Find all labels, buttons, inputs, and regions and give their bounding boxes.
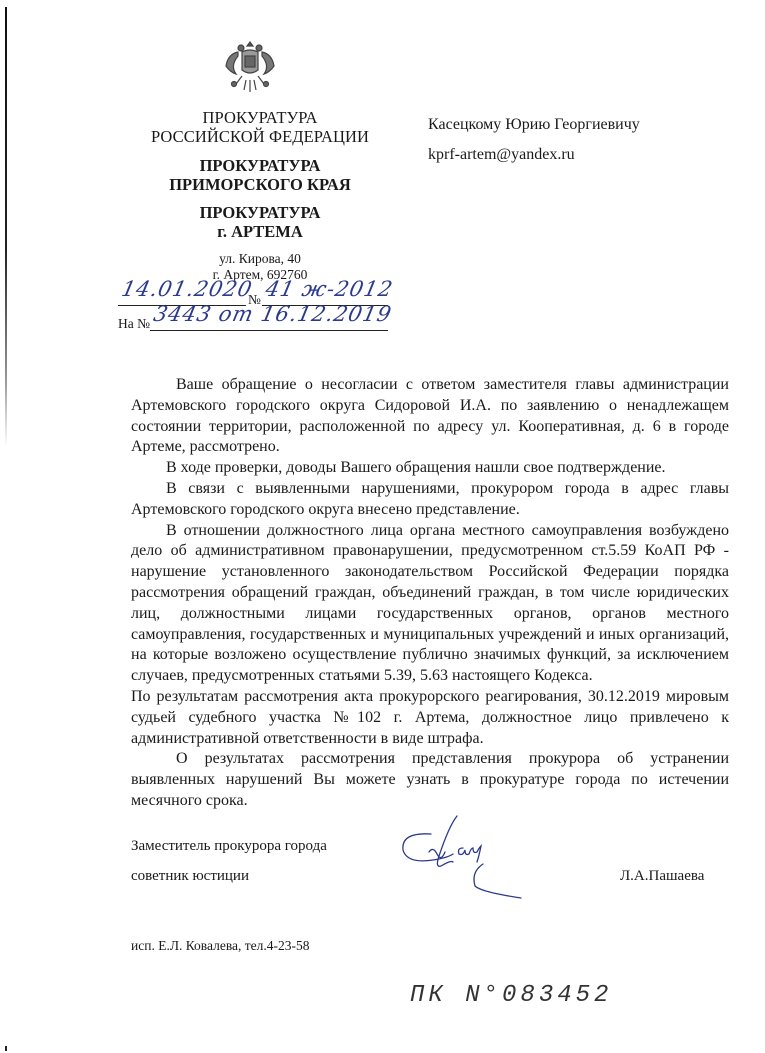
executor-info: исп. Е.Л. Ковалева, тел.4-23-58: [131, 938, 310, 954]
handwritten-date: 14.01.2020: [119, 277, 254, 301]
paragraph-2: В ходе проверки, доводы Вашего обращения…: [131, 458, 729, 479]
scan-edge-line: [5, 7, 7, 447]
form-number-stamp: ПК N°083452: [410, 982, 612, 1009]
org-line-2: РОССИЙСКОЙ ФЕДЕРАЦИИ: [120, 127, 400, 146]
signer-position-line-2: советник юстиции: [131, 868, 249, 885]
paragraph-1: Ваше обращение о несогласии с ответом за…: [131, 375, 729, 458]
reply-label: На №: [118, 316, 150, 332]
city-line-1: ПРОКУРАТУРА: [120, 203, 400, 222]
letter-body: Ваше обращение о несогласии с ответом за…: [131, 375, 729, 812]
double-headed-eagle-emblem: [222, 36, 278, 96]
handwritten-number: 41 ж-2012: [263, 277, 395, 301]
region-line-2: ПРИМОРСКОГО КРАЯ: [120, 175, 400, 194]
handwritten-reply-ref: 3443 от 16.12.2019: [151, 302, 394, 326]
handwritten-signature: [395, 812, 525, 902]
paragraph-5: По результатам рассмотрения акта прокуро…: [131, 687, 729, 749]
signer-name: Л.А.Пашаева: [620, 868, 704, 885]
paragraph-6: О результатах рассмотрения представления…: [131, 749, 729, 811]
org-line-1: ПРОКУРАТУРА: [120, 108, 400, 127]
city-line-2: г. АРТЕМА: [120, 222, 400, 241]
signer-position-line-1: Заместитель прокурора города: [131, 838, 327, 855]
paragraph-4: В отношении должностного лица органа мес…: [131, 521, 729, 687]
recipient-email: kprf-artem@yandex.ru: [428, 146, 575, 164]
region-line-1: ПРОКУРАТУРА: [120, 156, 400, 175]
recipient-name: Касецкому Юрию Георгиевичу: [428, 116, 640, 134]
scan-edge-mark: [5, 1046, 7, 1051]
paragraph-3: В связи с выявленными нарушениями, проку…: [131, 479, 729, 521]
